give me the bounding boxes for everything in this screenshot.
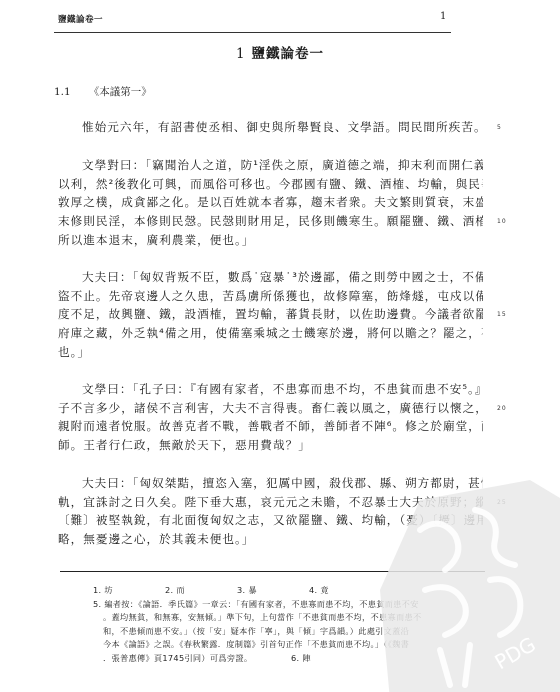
chapter-title-text: 鹽鐵論卷一	[252, 46, 325, 62]
paragraph-line: 略，無憂邊之心，於其義未便也。」	[58, 530, 483, 549]
line-number: 25	[497, 499, 507, 506]
document-page: 鹽鐵論卷一 1 1鹽鐵論卷一 1.1《本議第一》 惟始元六年，有詔書使丞相、御史…	[0, 0, 560, 692]
paragraph-line: 文學對曰：「竊聞治人之道，防¹淫佚之原，廣道德之端，抑末利而開仁義，毋示	[58, 156, 483, 175]
paragraph-line: 大夫曰：「匈奴桀黠，擅恣入塞，犯厲中國，殺伐郡、縣、朔方都尉，甚悖逆不	[58, 474, 483, 493]
footnote-5-line: 。蓋均無貧，和無寡，安無傾。」準下句，上句當作「不患貧而患不均，不患寡而患不	[93, 611, 423, 625]
footnote-2: 2. 而	[165, 584, 237, 598]
paragraph-3: 大夫曰：「匈奴背叛不臣，數爲˙寇暴˙³於邊鄙，備之則勞中國之士，不備則侵 盜不止…	[58, 268, 483, 361]
footnote-5-line: 和，不患傾而患不安。」（按「安」疑本作「寧」，與「傾」字爲韻。）此處引文蓋沿	[93, 625, 423, 639]
paragraph-line: 也。」	[58, 343, 483, 362]
footnote-5-line: ．張普惠傳》頁1745引同）可爲旁證。	[103, 652, 291, 666]
paragraph-line: 親附而遠者悅服。故善克者不戰，善戰者不師，善師者不陣⁶。修之於廟堂，而折衝還	[58, 417, 483, 436]
footnote-4: 4. 竟	[309, 584, 329, 598]
footnote-6: 6. 陣	[291, 652, 311, 666]
paragraph-line: 大夫曰：「匈奴背叛不臣，數爲˙寇暴˙³於邊鄙，備之則勞中國之士，不備則侵	[58, 268, 483, 287]
paragraph-line: 〔難〕被堅執銳，有北面復匈奴之志，又欲罷鹽、鐵、均輸，（憂）〔擾〕邊用，損武	[58, 511, 483, 530]
chapter-number: 1	[236, 46, 246, 62]
running-header-title: 鹽鐵論卷一	[58, 13, 103, 25]
footnote-short-row: 1. 坊2. 而3. 暴4. 竟	[93, 584, 423, 598]
paragraph-2: 文學對曰：「竊聞治人之道，防¹淫佚之原，廣道德之端，抑末利而開仁義，毋示 以利，…	[58, 156, 483, 249]
paragraph-line: 子不言多少，諸侯不言利害，大夫不言得喪。畜仁義以風之，廣德行以懷之，是以近者	[58, 399, 483, 418]
paragraph-4: 文學曰：「孔子曰：『有國有家者，不患寡而患不均，不患貧而患不安⁵。』故天 子不言…	[58, 380, 483, 455]
section-number: 1.1	[54, 86, 71, 98]
footnote-5-line: 5. 編者按：《論語．季氏篇》一章云：「有國有家者，不患寡而患不均，不患貧而患不…	[93, 598, 423, 612]
paragraph-line: 軌，宜誅討之日久矣。陛下垂大惠，哀元元之未贍，不忍暴士大夫於原野；縱（然）	[58, 493, 483, 512]
footnote-3: 3. 暴	[237, 584, 309, 598]
paragraph-line: 敦厚之樸，成貪鄙之化。是以百姓就本者寡，趨末者衆。夫文繁則質衰，末盛則本虧。	[58, 193, 483, 212]
footnote-5-line: 今本《論語》之誤。《春秋繁露．度制篇》引首句正作「不患貧而患不均。」（《魏書	[93, 638, 423, 652]
chapter-title: 1鹽鐵論卷一	[0, 42, 560, 62]
paragraph-line: 惟始元六年，有詔書使丞相、御史與所舉賢良、文學語。問民間所疾苦。	[58, 118, 483, 137]
paragraph-line: 以利，然²後教化可興，而風俗可移也。今郡國有鹽、鐵、酒榷、均輸，與民爭利。散	[58, 175, 483, 194]
watermark-text: PDG	[491, 632, 540, 674]
running-header-page-number: 1	[440, 11, 446, 22]
section-heading: 1.1《本議第一》	[54, 84, 152, 99]
header-rule	[54, 32, 451, 33]
line-number: 20	[497, 405, 507, 412]
paragraph-line: 所以進本退末，廣利農業，便也。」	[58, 231, 483, 250]
paragraph-line: 度不足，故興鹽、鐵，設酒榷，置均輸，蕃貨長財，以佐助邊費。今議者欲罷之，內空	[58, 305, 483, 324]
line-number: 15	[497, 311, 507, 318]
footnote-1: 1. 坊	[93, 584, 165, 598]
footnote-5-last-row: ．張普惠傳》頁1745引同）可爲旁證。6. 陣	[93, 652, 423, 666]
paragraph-1: 惟始元六年，有詔書使丞相、御史與所舉賢良、文學語。問民間所疾苦。	[58, 118, 483, 137]
footnotes: 1. 坊2. 而3. 暴4. 竟 5. 編者按：《論語．季氏篇》一章云：「有國有…	[93, 584, 423, 666]
footnote-rule	[60, 571, 485, 572]
paragraph-line: 末修則民淫，本修則民愨。民愨則財用足，民侈則饑寒生。願罷鹽、鐵、酒榷、均輸，	[58, 212, 483, 231]
paragraph-5: 大夫曰：「匈奴桀黠，擅恣入塞，犯厲中國，殺伐郡、縣、朔方都尉，甚悖逆不 軌，宜誅…	[58, 474, 483, 549]
paragraph-line: 盜不止。先帝哀邊人之久患，苦爲虜所係獲也，故修障塞，飭烽燧，屯戍以備之。邊用	[58, 287, 483, 306]
paragraph-line: 師。王者行仁政，無敵於天下，惡用費哉？」	[58, 436, 483, 455]
paragraph-line: 府庫之藏，外乏執⁴備之用，使備塞乘城之士饑寒於邊，將何以贍之？罷之，不便	[58, 324, 483, 343]
section-title: 《本議第一》	[89, 86, 152, 98]
line-number: 10	[497, 218, 507, 225]
line-number: 5	[497, 124, 502, 131]
paragraph-line: 文學曰：「孔子曰：『有國有家者，不患寡而患不均，不患貧而患不安⁵。』故天	[58, 380, 483, 399]
